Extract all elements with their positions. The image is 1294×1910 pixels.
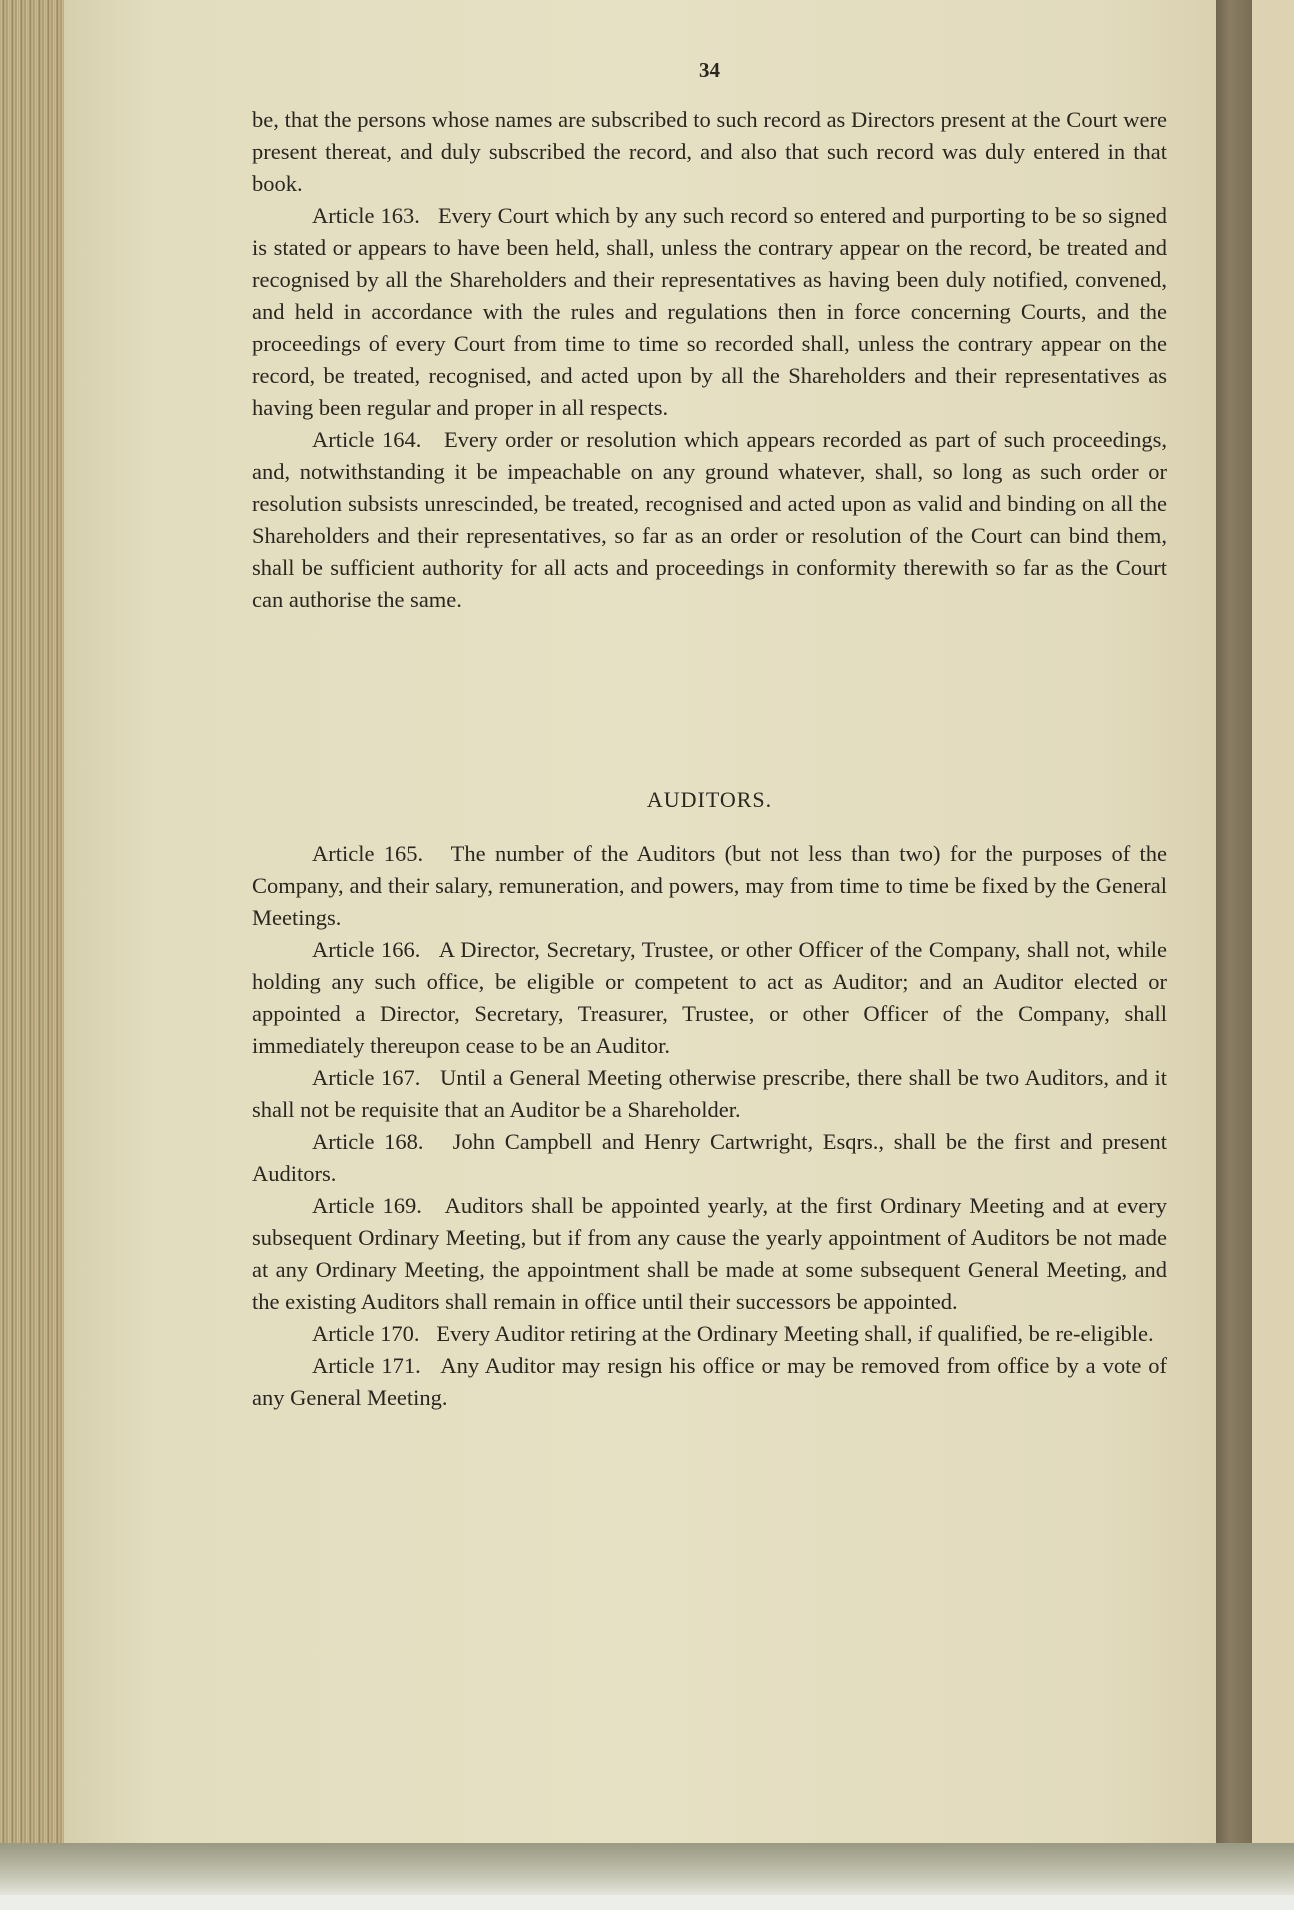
article-165: Article 165. The number of the Auditors … <box>252 838 1167 934</box>
article-label: Article 166. <box>312 937 420 962</box>
article-label: Article 170. <box>312 1321 419 1346</box>
article-label: Article 164. <box>312 427 421 452</box>
article-167: Article 167. Until a General Meeting oth… <box>252 1062 1167 1126</box>
book-page-stack-edge <box>0 0 64 1845</box>
article-label: Article 165. <box>312 841 423 866</box>
adjacent-page-edge <box>1252 0 1294 1843</box>
auditors-articles-block: Article 165. The number of the Auditors … <box>252 838 1167 1414</box>
book-gutter-shadow <box>1216 0 1252 1843</box>
page-number: 34 <box>252 54 1167 86</box>
scanner-bottom-edge <box>0 1843 1294 1895</box>
continuation-paragraph: be, that the persons whose names are sub… <box>252 104 1167 200</box>
article-label: Article 167. <box>312 1065 420 1090</box>
article-163: Article 163. Every Court which by any su… <box>252 200 1167 424</box>
top-articles-block: be, that the persons whose names are sub… <box>252 104 1167 616</box>
scanner-base <box>0 1895 1294 1910</box>
article-170: Article 170. Every Auditor retiring at t… <box>252 1318 1167 1350</box>
article-164: Article 164. Every order or resolution w… <box>252 424 1167 616</box>
article-label: Article 163. <box>312 203 420 228</box>
article-text: Every Auditor retiring at the Ordinary M… <box>436 1321 1153 1346</box>
article-label: Article 168. <box>312 1129 424 1154</box>
article-169: Article 169. Auditors shall be appointed… <box>252 1190 1167 1318</box>
article-text: Every Court which by any such record so … <box>252 203 1167 420</box>
article-171: Article 171. Any Auditor may resign his … <box>252 1350 1167 1414</box>
article-168: Article 168. John Campbell and Henry Car… <box>252 1126 1167 1190</box>
article-label: Article 171. <box>312 1353 421 1378</box>
article-166: Article 166. A Director, Secretary, Trus… <box>252 934 1167 1062</box>
article-text: Every order or resolution which appears … <box>252 427 1167 612</box>
section-heading-auditors: AUDITORS. <box>252 784 1167 816</box>
article-label: Article 169. <box>312 1193 422 1218</box>
